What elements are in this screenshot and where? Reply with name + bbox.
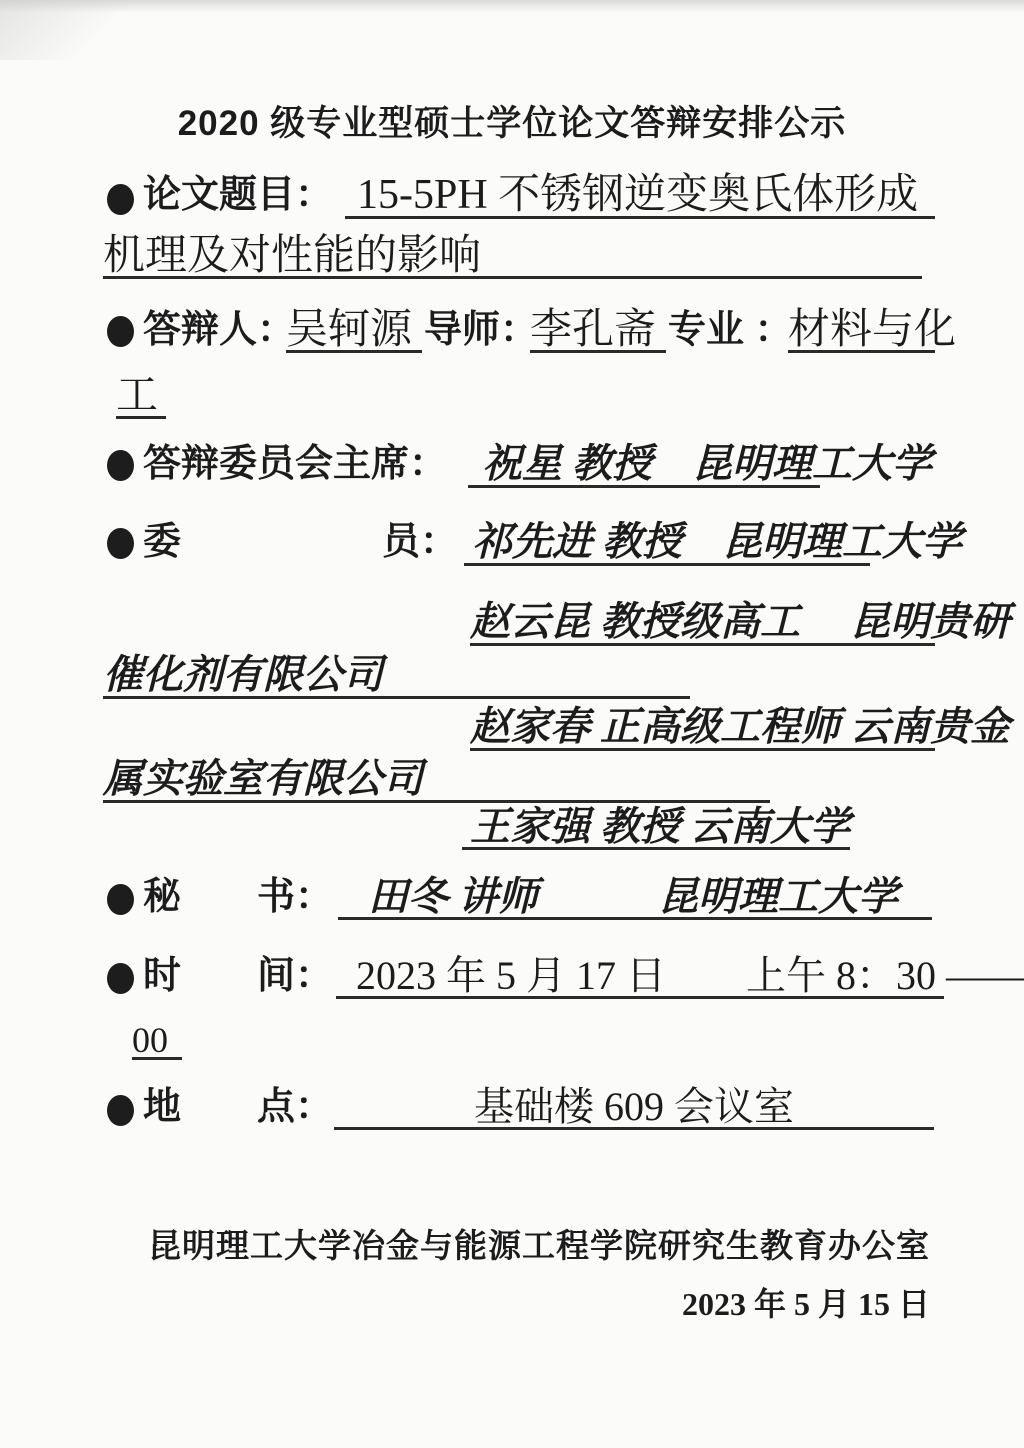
major-value-line1: 材料与化: [788, 307, 935, 353]
thesis-title-line1: 15-5PH 不锈钢逆变奥氏体形成: [345, 172, 935, 219]
member-1: 祁先进 教授 昆明理工大学: [464, 519, 870, 566]
member-4: 王家强 教授 云南大学: [462, 806, 850, 850]
venue-label-char1: 地: [143, 1084, 181, 1130]
announcement-page: 2020 级专业型硕士学位论文答辩安排公示 论文题目： 15-5PH 不锈钢逆变…: [0, 0, 1024, 1448]
time-value-line1: 2023 年 5 月 17 日 上午 8：30 ——12：: [336, 953, 944, 999]
page-title: 2020 级专业型硕士学位论文答辩安排公示: [0, 100, 1024, 148]
thesis-label: 论文题目：: [143, 172, 333, 218]
defender-label: 答辩人：: [143, 307, 295, 353]
bullet-icon: [107, 528, 134, 559]
venue-label-char2: 点：: [257, 1084, 333, 1130]
time-value-line2: 00: [132, 1022, 182, 1060]
secretary-label-char1: 秘: [143, 874, 181, 920]
members-label-char1: 委: [143, 519, 181, 565]
scan-corner-shadow: [0, 0, 170, 60]
bullet-icon: [107, 963, 134, 994]
secretary-value: 田冬 讲师 昆明理工大学: [338, 874, 932, 920]
venue-label: 地 点：: [143, 1084, 333, 1130]
time-label-char2: 间：: [257, 953, 333, 999]
member-3-line1: 赵家春 正高级工程师 云南贵金: [470, 704, 935, 751]
bullet-icon: [107, 316, 134, 347]
member-2-line1: 赵云昆 教授级高工 昆明贵研: [470, 599, 935, 646]
time-label: 时 间：: [143, 953, 333, 999]
bullet-icon: [107, 1095, 134, 1126]
venue-value: 基础楼 609 会议室: [334, 1084, 934, 1130]
footer-office: 昆明理工大学冶金与能源工程学院研究生教育办公室: [148, 1226, 930, 1268]
defender-name: 吴轲源: [286, 307, 422, 353]
thesis-title-line2: 机理及对性能的影响: [103, 233, 922, 279]
members-label: 委 员：: [143, 519, 458, 565]
bullet-icon: [107, 450, 134, 481]
time-label-char1: 时: [143, 953, 181, 999]
supervisor-label: 导师：: [424, 307, 538, 353]
chair-label: 答辩委员会主席：: [143, 441, 447, 487]
secretary-label-char2: 书：: [257, 874, 333, 920]
bullet-icon: [107, 184, 134, 215]
secretary-label: 秘 书：: [143, 874, 333, 920]
members-label-char2: 员：: [382, 519, 458, 565]
bullet-icon: [107, 884, 134, 915]
supervisor-name: 李孔斋: [530, 307, 666, 353]
member-3-line2: 属实验室有限公司: [103, 756, 770, 803]
member-2-line2: 催化剂有限公司: [103, 652, 690, 699]
footer-date: 2023 年 5 月 15 日: [682, 1283, 930, 1325]
major-label: 专业 ：: [668, 307, 793, 353]
major-value-line2: 工: [116, 373, 166, 419]
chair-value: 祝星 教授 昆明理工大学: [468, 441, 820, 488]
